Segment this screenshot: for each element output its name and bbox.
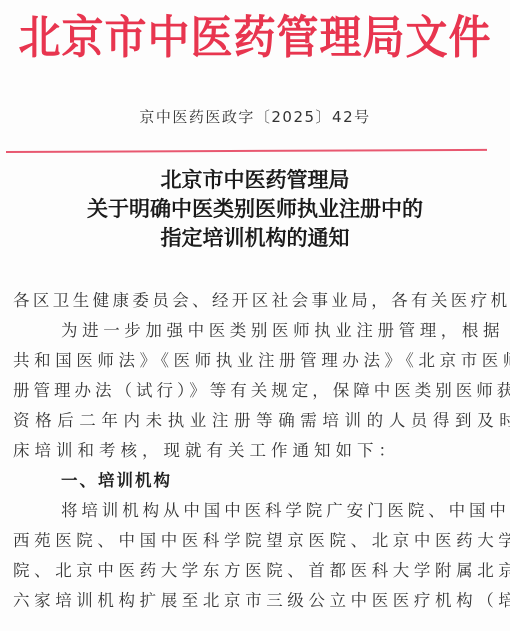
section-heading-training-institutions: 一、培训机构 [13, 466, 493, 496]
body-line: 院、北京中医药大学东方医院、首都医科大学附属北京中医医院 [13, 556, 493, 586]
notice-title: 北京市中医药管理局 关于明确中医类别医师执业注册中的 指定培训机构的通知 [0, 165, 510, 252]
salutation: 各区卫生健康委员会、经开区社会事业局，各有关医疗机构： [13, 286, 493, 316]
document-body: 各区卫生健康委员会、经开区社会事业局，各有关医疗机构： 为进一步加强中医类别医师… [13, 286, 493, 616]
body-line: 六家培训机构扩展至北京市三级公立中医医疗机构（培训机构名 [13, 586, 493, 616]
notice-title-line-1: 北京市中医药管理局 [0, 165, 510, 194]
document-number: 京中医药医政字〔2025〕42号 [0, 106, 510, 128]
body-line: 资格后二年内未执业注册等确需培训的人员得到及时有效的临 [13, 406, 493, 436]
notice-title-line-2: 关于明确中医类别医师执业注册中的 [0, 194, 510, 223]
body-line: 将培训机构从中国中医科学院广安门医院、中国中医科学院 [13, 496, 493, 526]
body-line: 床培训和考核，现就有关工作通知如下： [13, 436, 493, 466]
agency-header-title: 北京市中医药管理局文件 [0, 6, 510, 71]
notice-title-line-3: 指定培训机构的通知 [0, 223, 510, 252]
red-divider-line [6, 149, 487, 153]
body-line: 册管理办法（试行）》等有关规定，保障中医类别医师获得医师 [13, 376, 493, 406]
body-line: 西苑医院、中国中医科学院望京医院、北京中医药大学东直门医 [13, 526, 493, 556]
document-page: 北京市中医药管理局文件 京中医药医政字〔2025〕42号 北京市中医药管理局 关… [0, 0, 510, 631]
body-line: 为进一步加强中医类别医师执业注册管理，根据《中华人民 [13, 316, 493, 346]
body-line: 共和国医师法》《医师执业注册管理办法》《北京市医师执业注 [13, 346, 493, 376]
